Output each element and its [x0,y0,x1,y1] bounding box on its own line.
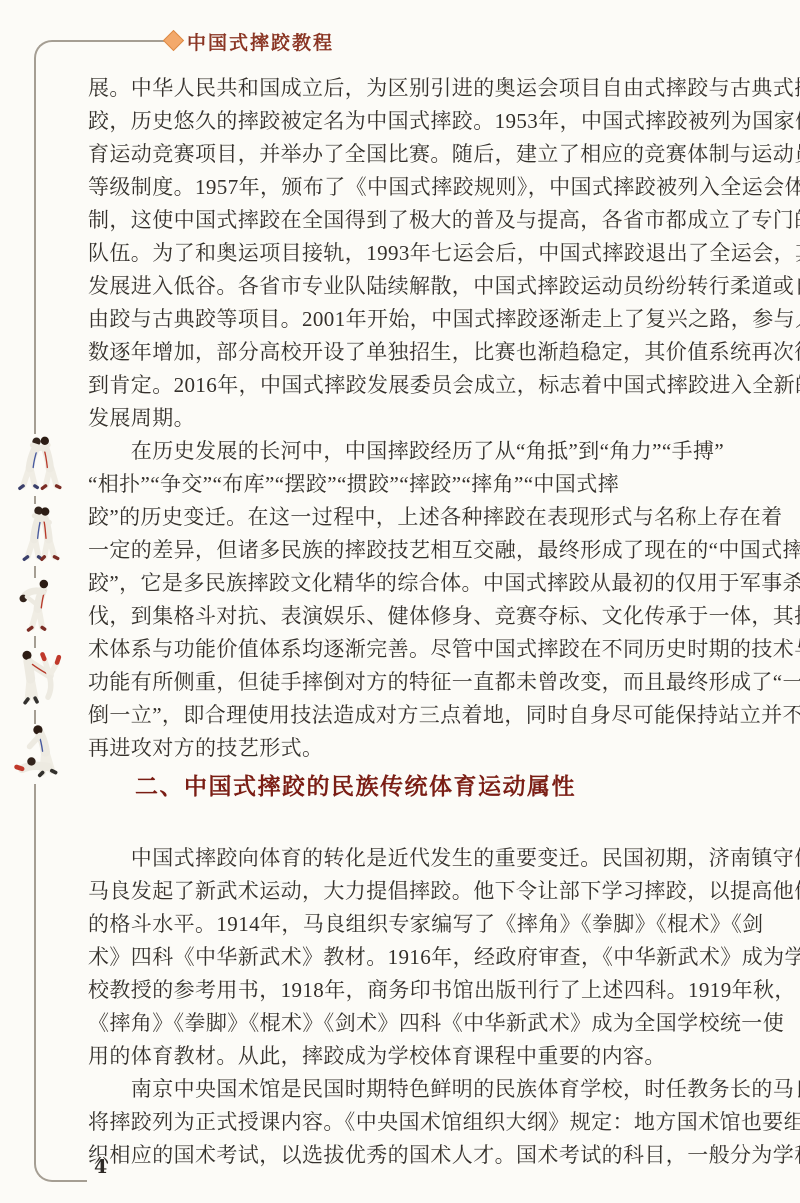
text-line: 功能有所侧重，但徒手摔倒对方的特征一直都未曾改变，而且最终形成了“一 [88,666,768,699]
text-line: 跤”的历史变迁。在这一过程中，上述各种摔跤在表现形式与名称上存在着 [88,501,768,534]
diamond-icon [163,30,184,51]
text-line: 再进攻对方的技艺形式。 [88,732,768,765]
text-line: 倒一立”，即合理使用技法造成对方三点着地，同时自身尽可能保持站立并不 [88,699,768,732]
text-line: 等级制度。1957年，颁布了《中国式摔跤规则》，中国式摔跤被列入全运会体 [88,171,768,204]
text-line: 发展进入低谷。各省市专业队陆续解散，中国式摔跤运动员纷纷转行柔道或自 [88,270,768,303]
text-line: 在历史发展的长河中，中国摔跤经历了从“角抵”到“角力”“手搏” [88,435,768,468]
page-number: 4 [94,1156,107,1178]
text-line: 中国式摔跤向体育的转化是近代发生的重要变迁。民国初期，济南镇守使 [88,842,768,875]
section-heading: 二、中国式摔跤的民族传统体育运动属性 [135,770,768,802]
text-line: 织相应的国术考试，以选拔优秀的国术人才。国术考试的科目，一般分为学科 [88,1139,768,1172]
text-line: 育运动竞赛项目，并举办了全国比赛。随后，建立了相应的竞赛体制与运动员 [88,138,768,171]
paragraph-history-development: 展。中华人民共和国成立后，为区别引进的奥运会项目自由式摔跤与古典式摔跤，历史悠久… [88,72,768,435]
text-line: 到肯定。2016年，中国式摔跤发展委员会成立，标志着中国式摔跤进入全新的 [88,369,768,402]
text-line: 一定的差异，但诸多民族的摔跤技艺相互交融，最终形成了现在的“中国式摔 [88,534,768,567]
paragraph-sport-transition: 中国式摔跤向体育的转化是近代发生的重要变迁。民国初期，济南镇守使马良发起了新武术… [88,842,768,1073]
text-line: 队伍。为了和奥运项目接轨，1993年七运会后，中国式摔跤退出了全运会，其 [88,237,768,270]
text-line: 的格斗水平。1914年，马良组织专家编写了《摔角》《拳脚》《棍术》《剑 [88,908,768,941]
page-border-top-line [84,40,164,42]
text-line: 用的体育教材。从此，摔跤成为学校体育课程中重要的内容。 [88,1040,768,1073]
wrestlers-takedown-illustration [11,724,63,784]
wrestlers-leg-throw-illustration [9,648,65,710]
text-line: 术体系与功能价值体系均逐渐完善。尽管中国式摔跤在不同历史时期的技术与 [88,633,768,666]
text-line: 数逐年增加，部分高校开设了单独招生，比赛也渐趋稳定，其价值系统再次得 [88,336,768,369]
book-page: 中国式摔跤教程 [0,0,800,1203]
text-line: 跤，历史悠久的摔跤被定名为中国式摔跤。1953年，中国式摔跤被列为国家体 [88,105,768,138]
text-line: “相扑”“争交”“布库”“摆跤”“掼跤”“摔跤”“摔角”“中国式摔 [88,468,768,501]
text-line: 南京中央国术馆是民国时期特色鲜明的民族体育学校，时任教务长的马良 [88,1073,768,1106]
text-line: 伐，到集格斗对抗、表演娱乐、健体修身、竞赛夺标、文化传承于一体，其技 [88,600,768,633]
text-line: 由跤与古典跤等项目。2001年开始，中国式摔跤逐渐走上了复兴之路，参与人 [88,303,768,336]
body-text-column: 展。中华人民共和国成立后，为区别引进的奥运会项目自由式摔跤与古典式摔跤，历史悠久… [88,72,768,1172]
wrestlers-hip-throw-illustration [13,578,61,636]
text-line: 制，这使中国式摔跤在全国得到了极大的普及与提高，各省市都成立了专门的 [88,204,768,237]
text-line: 马良发起了新武术运动，大力提倡摔跤。他下令让部下学习摔跤，以提高他们 [88,875,768,908]
wrestlers-grapple-illustration [14,434,64,496]
text-line: 将摔跤列为正式授课内容。《中央国术馆组织大纲》规定：地方国术馆也要组 [88,1106,768,1139]
text-line: 《摔角》《拳脚》《棍术》《剑术》四科《中华新武术》成为全国学校统一使 [88,1007,768,1040]
text-line: 展。中华人民共和国成立后，为区别引进的奥运会项目自由式摔跤与古典式摔 [88,72,768,105]
text-line: 跤”，它是多民族摔跤文化精华的综合体。中国式摔跤从最初的仅用于军事杀 [88,567,768,600]
paragraph-guoshu-academy: 南京中央国术馆是民国时期特色鲜明的民族体育学校，时任教务长的马良将摔跤列为正式授… [88,1073,768,1172]
text-line: 术》四科《中华新武术》教材。1916年，经政府审查，《中华新武术》成为学 [88,941,768,974]
running-header-title: 中国式摔跤教程 [187,28,334,55]
text-line: 校教授的参考用书，1918年，商务印书馆出版刊行了上述四科。1919年秋， [88,974,768,1007]
text-line: 发展周期。 [88,402,768,435]
paragraph-name-evolution: 在历史发展的长河中，中国摔跤经历了从“角抵”到“角力”“手搏”“相扑”“争交”“… [88,435,768,765]
wrestlers-clinch-illustration [19,504,63,566]
